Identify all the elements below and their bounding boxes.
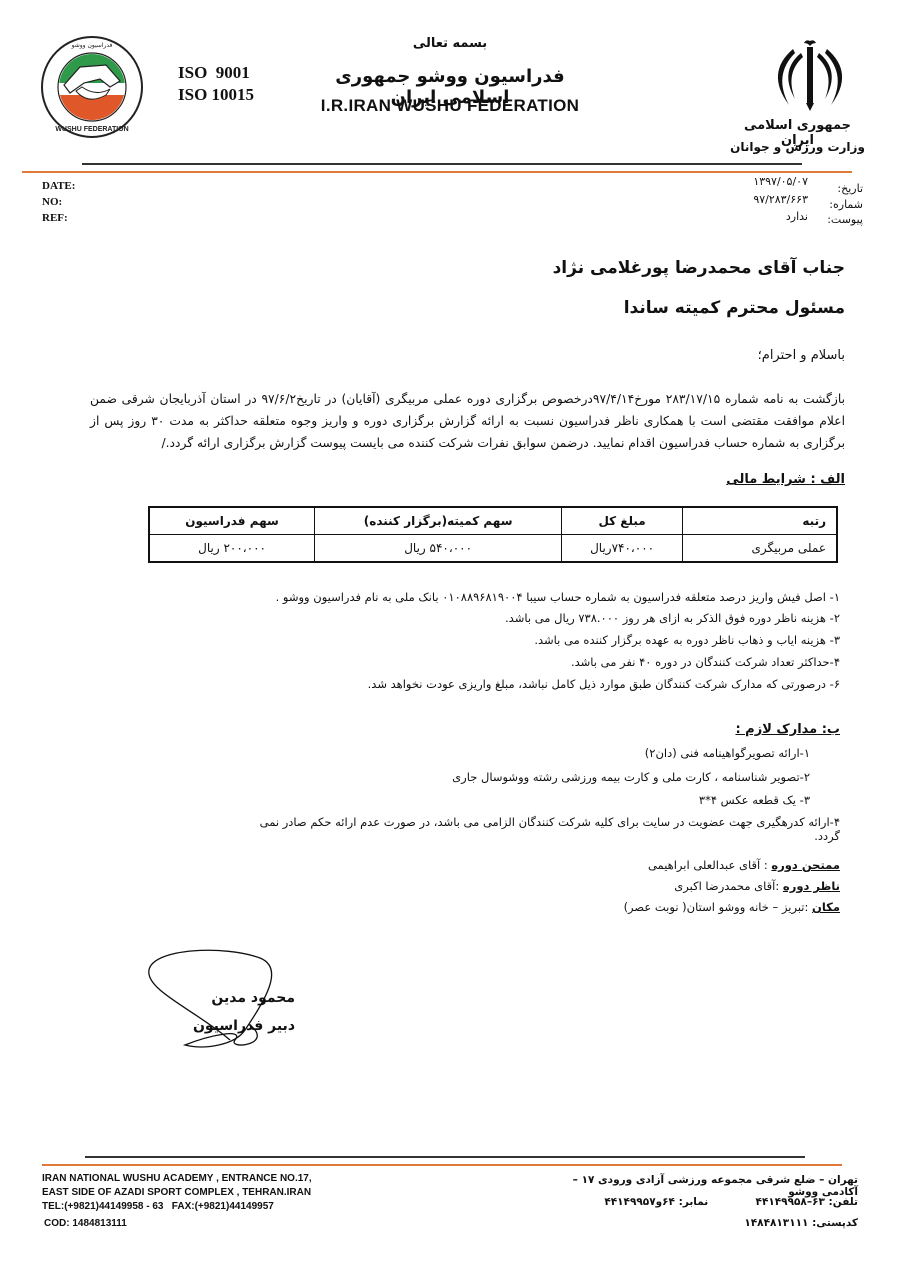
iso-9001: ISO 9001 <box>178 62 254 84</box>
supervisor-label: ناظر دوره <box>783 879 840 893</box>
col-total: مبلغ کل <box>562 507 683 535</box>
document-item: ۳- یک قطعه عکس ۴*۳ <box>250 793 810 807</box>
condition-item: ۲- هزینه ناظر دوره فوق الذکر به ازای هر … <box>240 611 840 625</box>
attachment-label-fa: پیوست: <box>818 213 863 226</box>
condition-item: ۶- درصورتی که مدارک شرکت کنندگان طبق موا… <box>240 677 840 691</box>
number-label-fa: شماره: <box>818 198 863 211</box>
footer-contact-en: TEL:(+9821)44149958 - 63 FAX:(+9821)4414… <box>42 1201 274 1212</box>
header-divider <box>82 163 802 165</box>
condition-item: ۴-حداکثر تعداد شرکت کنندگان در دوره ۴۰ ن… <box>240 655 840 669</box>
document-item: ۴-ارائه کدرهگیری جهت عضویت در سایت برای … <box>250 815 840 843</box>
addressee-name: جناب آقای محمدرضا پورغلامی نژاد <box>440 258 845 278</box>
footer-fax-fa: نمابر: ۶۴و۴۴۱۴۹۹۵۷ <box>604 1196 708 1208</box>
federation-title-en: I.R.IRAN WUSHU FEDERATION <box>300 96 600 116</box>
condition-item: ۳- هزینه ایاب و ذهاب ناظر دوره به عهده ب… <box>240 633 840 647</box>
table-row: عملی مربیگری ۷۴۰،۰۰۰ریال ۵۴۰،۰۰۰ ریال ۲۰… <box>149 535 837 563</box>
examiner-label: ممتحن دوره <box>771 858 840 872</box>
footer-contact-fa: تلفن: ۶۳–۴۴۱۴۹۹۵۸ نمابر: ۶۴و۴۴۱۴۹۹۵۷ <box>540 1196 858 1208</box>
location-value: :تبریز – خانه ووشو استان( نوبت عصر) <box>624 900 812 914</box>
footer-phone-fa: تلفن: ۶۳–۴۴۱۴۹۹۵۸ <box>756 1196 858 1208</box>
cell-rank: عملی مربیگری <box>683 535 838 563</box>
footer-accent-divider <box>42 1164 842 1166</box>
supervisor-value: :آقای محمدرضا اکبری <box>674 879 783 893</box>
cell-committee-share: ۵۴۰،۰۰۰ ریال <box>315 535 562 563</box>
header-accent-divider <box>22 171 852 173</box>
ref-label-en: REF: <box>42 212 68 224</box>
letter-attachment: ندارد <box>680 210 808 223</box>
examiner-value: : آقای عبدالعلی ابراهیمی <box>648 858 771 872</box>
examiner-line: ممتحن دوره : آقای عبدالعلی ابراهیمی <box>500 858 840 872</box>
svg-text:WUSHU FEDERATION: WUSHU FEDERATION <box>55 126 128 133</box>
document-item: ۲-تصویر شناسنامه ، کارت ملی و کارت بیمه … <box>250 770 810 784</box>
bismillah: بسمه تعالی <box>360 36 540 51</box>
document-item: ۱-ارائه تصویرگواهینامه فنی (دان۲) <box>250 746 810 760</box>
number-label-en: NO: <box>42 196 62 208</box>
iran-emblem-icon <box>765 35 855 115</box>
supervisor-line: ناظر دوره :آقای محمدرضا اکبری <box>500 879 840 893</box>
col-rank: رتبه <box>683 507 838 535</box>
letter-number: ۹۷/۲۸۳/۶۶۳ <box>680 193 808 206</box>
condition-item: ۱- اصل فیش واریز درصد متعلقه فدراسیون به… <box>240 590 840 604</box>
cell-total: ۷۴۰،۰۰۰ریال <box>562 535 683 563</box>
cell-federation-share: ۲۰۰،۰۰۰ ریال <box>149 535 315 563</box>
signatory-title: دبیر فدراسیون <box>170 1018 295 1034</box>
svg-text:فدراسیون ووشو: فدراسیون ووشو <box>71 42 113 49</box>
footer-address-fa: تهران – ضلع شرقی مجموعه ورزشی آزادی ورود… <box>540 1174 858 1198</box>
location-line: مکان :تبریز – خانه ووشو استان( نوبت عصر) <box>500 900 840 914</box>
footer-divider <box>85 1156 805 1158</box>
footer-address-en-2: EAST SIDE OF AZADI SPORT COMPLEX , TEHRA… <box>42 1187 311 1198</box>
col-committee-share: سهم کمیته(برگزار کننده) <box>315 507 562 535</box>
financial-heading: الف : شرایط مالی <box>600 472 845 487</box>
addressee-title: مسئول محترم کمیته ساندا <box>440 298 845 318</box>
ministry-name: وزارت ورزش و جوانان <box>730 140 865 154</box>
greeting: باسلام و احترام؛ <box>440 348 845 363</box>
footer-address-en-1: IRAN NATIONAL WUSHU ACADEMY , ENTRANCE N… <box>42 1173 312 1184</box>
financial-table: رتبه مبلغ کل سهم کمیته(برگزار کننده) سهم… <box>148 506 838 563</box>
signatory-name: محمود مدین <box>170 990 295 1006</box>
iso-certifications: ISO 9001 ISO 10015 <box>178 62 254 106</box>
col-federation-share: سهم فدراسیون <box>149 507 315 535</box>
letter-date: ۱۳۹۷/۰۵/۰۷ <box>680 175 808 188</box>
iso-10015: ISO 10015 <box>178 84 254 106</box>
letter-body: بازگشت به نامه شماره ۲۸۳/۱۷/۱۵ مورخ۹۷/۴/… <box>90 388 845 454</box>
location-label: مکان <box>812 900 840 914</box>
date-label-fa: تاریخ: <box>818 182 863 195</box>
footer-postal-fa: کدپستی: ۱۴۸۴۸۱۳۱۱۱ <box>540 1217 858 1229</box>
table-header-row: رتبه مبلغ کل سهم کمیته(برگزار کننده) سهم… <box>149 507 837 535</box>
date-label-en: DATE: <box>42 180 75 192</box>
wushu-federation-logo-icon: WUSHU FEDERATION فدراسیون ووشو <box>40 35 144 139</box>
footer-postal-en: COD: 1484813111 <box>44 1218 127 1229</box>
documents-heading: ب: مدارک لازم : <box>600 722 840 737</box>
